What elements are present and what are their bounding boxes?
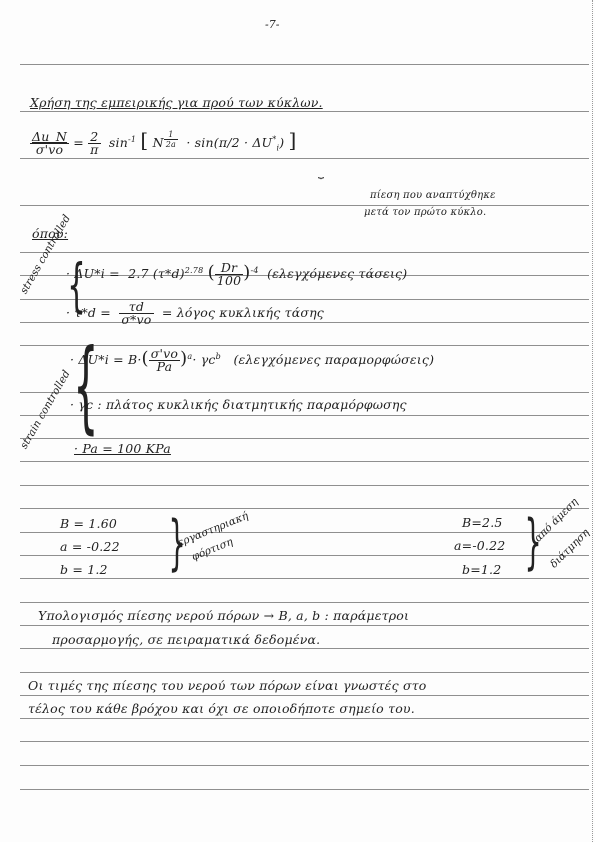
ruled-line: [20, 392, 589, 393]
conclusion-line-1: Υπολογισμός πίεσης νερού πόρων → B, a, b…: [38, 608, 409, 623]
stress-eq1: · ΔU*i = 2.7 (τ*d)2.78 (Dr100)-4 (ελεγχό…: [66, 262, 407, 287]
ruled-line: [20, 111, 589, 112]
annotation-pressure-2: μετά τον πρώτο κύκλο.: [364, 207, 486, 218]
coef-fraction: 2 π: [88, 131, 100, 156]
ruled-line: [20, 718, 589, 719]
strain-eq1: · ΔU*i = B·(σ'voPa)a· γcb (ελεγχόμενες π…: [70, 348, 434, 373]
param-right-B: B=2.5: [462, 515, 503, 530]
stress-eq1-exp2: -4: [251, 266, 259, 275]
strain-eq3: · Pa = 100 KPa: [74, 441, 171, 456]
param-left-b: b = 1.2: [60, 562, 108, 577]
ruled-line: [20, 345, 589, 346]
tau-den: σ*vo: [119, 314, 153, 326]
ruled-line: [20, 158, 589, 159]
ruled-line: [20, 602, 589, 603]
ruled-line: [20, 508, 589, 509]
lhs-denominator: σ'vo: [30, 144, 69, 156]
intro-line: Χρήση της εμπειρικής για πρού των κύκλων…: [30, 95, 323, 110]
scan-edge: [591, 0, 593, 842]
gamma: · γc: [192, 352, 215, 367]
ruled-line: [20, 205, 589, 206]
ruled-line: [20, 741, 589, 742]
ruled-line: [20, 438, 589, 439]
conclusion-line-2: προσαρμογής, σε πειραματικά δεδομένα.: [52, 632, 320, 647]
ruled-line: [20, 415, 589, 416]
param-left-B: B = 1.60: [60, 516, 117, 531]
strain-eq1-note: (ελεγχόμενες παραμορφώσεις): [233, 352, 434, 367]
ruled-line: [20, 625, 589, 626]
ruled-line: [20, 578, 589, 579]
bracket-body: N: [153, 135, 164, 150]
ruled-line: [20, 765, 589, 766]
stress-eq2-lhs: · τ*d =: [66, 305, 111, 320]
ruled-line: [20, 648, 589, 649]
ruled-line: [20, 695, 589, 696]
ruled-line: [20, 64, 589, 65]
strain-eq1-lhs: · ΔU*i = B·: [70, 352, 142, 367]
right-params-label-2: διάτμηση: [548, 527, 592, 571]
conclusion-line-4: τέλος του κάθε βρόχου και όχι σε οποιοδή…: [28, 701, 415, 716]
exp-b: b: [216, 352, 221, 361]
param-left-a: a = -0.22: [60, 539, 120, 554]
ruled-line: [20, 485, 589, 486]
ruled-line: [20, 532, 589, 533]
stress-eq2-note: = λόγος κυκλικής τάσης: [162, 305, 324, 320]
pa-den: Pa: [149, 361, 180, 373]
inner-close: ): [279, 135, 284, 150]
inner-sup: *: [272, 135, 276, 144]
coef-denominator: π: [88, 144, 100, 156]
conclusion-line-3: Οι τιμές της πίεσης του νερού των πόρων …: [28, 678, 427, 693]
main-equation: Δu_N σ'vo = 2 π sin-1 [ N12a · sin(π/2 ·…: [30, 128, 297, 156]
scanned-page: -7- Χρήση της εμπειρικής για πρού των κύ…: [0, 0, 595, 842]
stress-eq1-exp1: 2.78: [185, 266, 204, 275]
ruled-line: [20, 672, 589, 673]
stress-eq1-note: (ελεγχόμενες τάσεις): [267, 266, 407, 281]
ruled-line: [20, 789, 589, 790]
func-exp: -1: [128, 135, 136, 144]
n-exp-num: 1: [164, 130, 178, 140]
annotation-pressure-1: πίεση που αναπτύχθηκε: [370, 190, 496, 201]
underbrace: ⏟: [318, 168, 324, 179]
ruled-line: [20, 461, 589, 462]
page-number: -7-: [265, 18, 279, 31]
ruled-line: [20, 252, 589, 253]
param-right-b: b=1.2: [462, 562, 501, 577]
func: sin: [109, 135, 128, 150]
strain-eq2: · γc : πλάτος κυκλικής διατμητικής παραμ…: [70, 397, 407, 412]
param-right-a: a=-0.22: [454, 538, 505, 553]
n-exp-den: 2a: [164, 140, 178, 149]
ruled-line: [20, 555, 589, 556]
lhs-fraction: Δu_N σ'vo: [30, 131, 69, 156]
dr-den: 100: [215, 275, 243, 287]
stress-eq1-lhs: · ΔU*i =: [66, 266, 120, 281]
stress-eq2: · τ*d = τdσ*vo = λόγος κυκλικής τάσης: [66, 301, 324, 326]
ruled-line: [20, 299, 589, 300]
inner-term: · sin(π/2 · ΔU: [186, 135, 272, 150]
stress-eq1-rhs: 2.7 (τ*d): [128, 266, 185, 281]
